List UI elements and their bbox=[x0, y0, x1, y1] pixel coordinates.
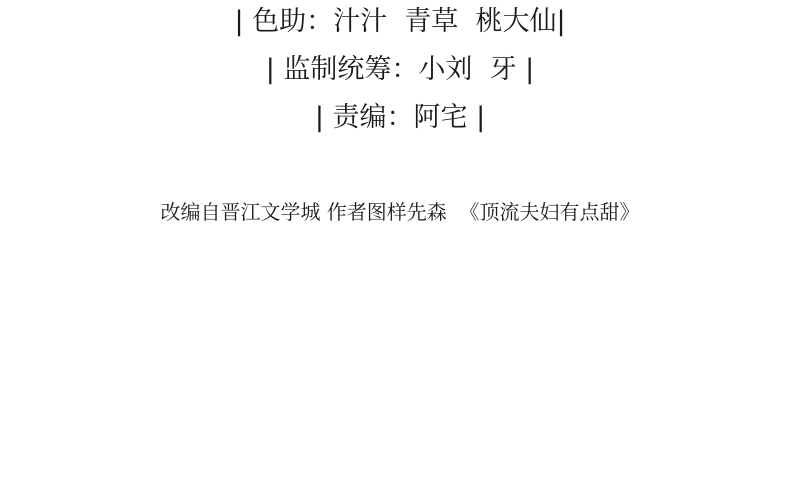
credit-line-color-assistants: | 色助：汁汁 青草 桃大仙| bbox=[0, 2, 800, 42]
credit-line-editor: | 责编：阿宅 | bbox=[0, 98, 800, 138]
credit-line-supervisor: | 监制统筹：小刘 牙 | bbox=[0, 50, 800, 90]
adaptation-source-note: 改编自晋江文学城 作者图样先森 《顶流夫妇有点甜》 bbox=[0, 196, 800, 228]
